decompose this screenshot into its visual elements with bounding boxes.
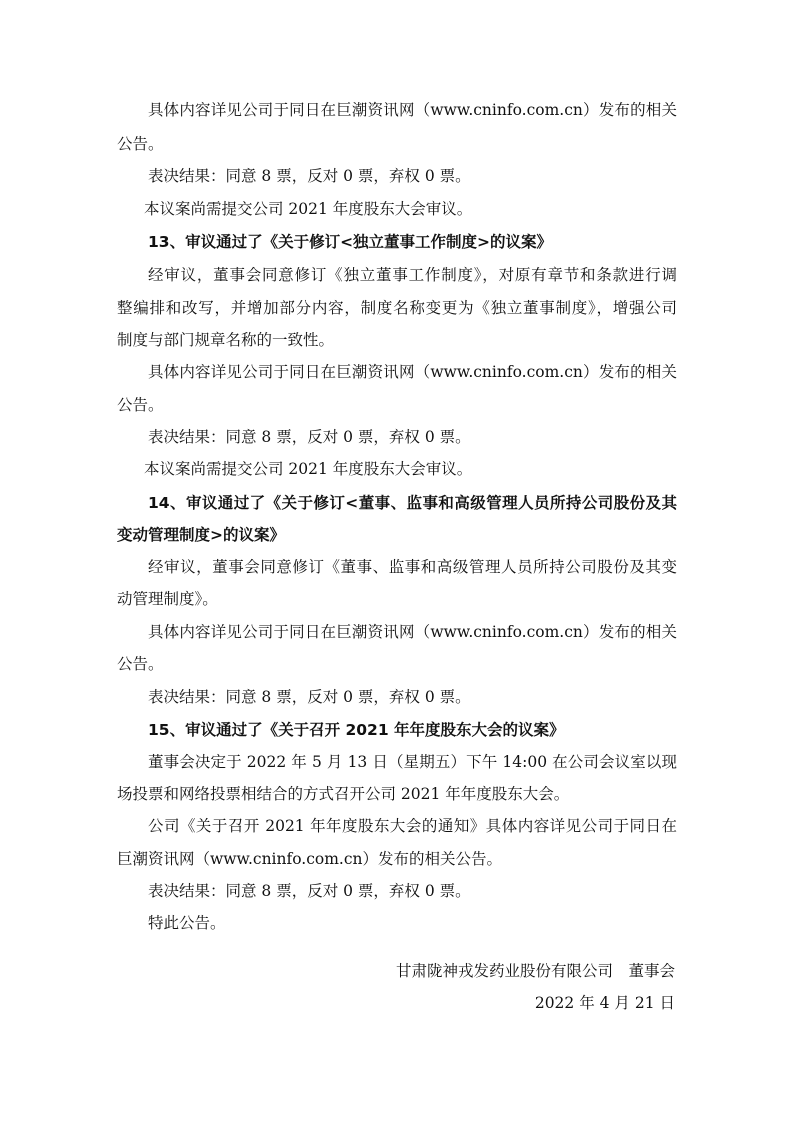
vote-result: 表决结果：同意 8 票，反对 0 票，弃权 0 票。 (148, 166, 471, 186)
paragraph-line: 具体内容详见公司于同日在巨潮资讯网（www.cninfo.com.cn）发布的相… (148, 100, 677, 120)
paragraph-line: 公告。 (117, 654, 164, 674)
section-heading-13: 13、审议通过了《关于修订<独立董事工作制度>的议案》 (148, 232, 552, 252)
paragraph-line: 经审议，董事会同意修订《独立董事工作制度》，对原有章节和条款进行调 (148, 265, 677, 285)
signature-date: 2022 年 4 月 21 日 (535, 993, 675, 1013)
paragraph-line: 经审议，董事会同意修订《董事、监事和高级管理人员所持公司股份及其变 (148, 557, 677, 577)
paragraph-line: 公司《关于召开 2021 年年度股东大会的通知》具体内容详见公司于同日在 (148, 816, 677, 836)
paragraph-line: 公告。 (117, 395, 164, 415)
paragraph-line: 董事会决定于 2022 年 5 月 13 日（星期五）下午 14:00 在公司会… (148, 752, 677, 772)
section-heading-14: 14、审议通过了《关于修订<董事、监事和高级管理人员所持公司股份及其 (148, 493, 677, 513)
paragraph-line: 制度与部门规章名称的一致性。 (117, 330, 334, 350)
vote-result: 表决结果：同意 8 票，反对 0 票，弃权 0 票。 (148, 427, 471, 447)
paragraph-line: 巨潮资讯网（www.cninfo.com.cn）发布的相关公告。 (117, 849, 502, 869)
paragraph-line: 场投票和网络投票相结合的方式召开公司 2021 年年度股东大会。 (117, 784, 569, 804)
paragraph-line: 公告。 (117, 134, 164, 154)
paragraph-line: 具体内容详见公司于同日在巨潮资讯网（www.cninfo.com.cn）发布的相… (148, 362, 677, 382)
paragraph-line: 本议案尚需提交公司 2021 年度股东大会审议。 (144, 199, 472, 219)
paragraph-line: 具体内容详见公司于同日在巨潮资讯网（www.cninfo.com.cn）发布的相… (148, 622, 677, 642)
paragraph-line: 整编排和改写，并增加部分内容，制度名称变更为《独立董事制度》，增强公司 (117, 298, 677, 318)
paragraph-line: 本议案尚需提交公司 2021 年度股东大会审议。 (144, 459, 472, 479)
signature-company: 甘肃陇神戎发药业股份有限公司 董事会 (396, 961, 675, 981)
closing-statement: 特此公告。 (148, 913, 226, 933)
vote-result: 表决结果：同意 8 票，反对 0 票，弃权 0 票。 (148, 687, 471, 707)
paragraph-line: 动管理制度》。 (117, 589, 218, 609)
vote-result: 表决结果：同意 8 票，反对 0 票，弃权 0 票。 (148, 881, 471, 901)
section-heading-14-cont: 变动管理制度>的议案》 (117, 525, 285, 545)
section-heading-15: 15、审议通过了《关于召开 2021 年年度股东大会的议案》 (148, 720, 565, 740)
